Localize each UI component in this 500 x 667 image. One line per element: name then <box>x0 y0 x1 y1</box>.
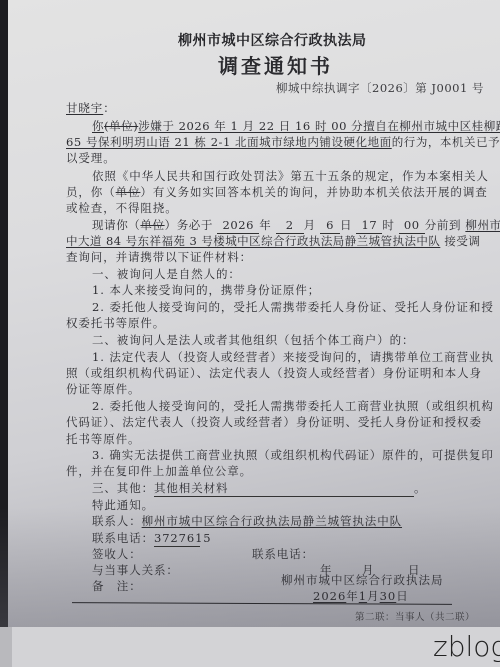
requirement-item: 件，并在复印件上加盖单位公章。 <box>66 463 252 479</box>
remarks-label: 备 注： <box>92 578 142 594</box>
para2-line1: 依照《中华人民共和国行政处罚法》第五十五条的规定，作为本案相关人 <box>92 168 489 184</box>
contact-person-value: 柳州市城中区综合行政执法局静兰城管执法中队 <box>142 514 402 528</box>
receiver-phone-label: 联系电话： <box>252 546 314 562</box>
requirement-item: 3. 确实无法提供工商营业执照（或组织机构代码证）原件的，可提供复印 <box>92 447 494 463</box>
requirement-item: 二、被询问人是法人或者其他组织（包括个体工商户）的： <box>92 332 414 348</box>
receiver-label: 签收人： <box>92 547 142 561</box>
contact-phone-line: 联系电话：3727615 <box>92 530 200 547</box>
other-materials-value: 其他相关材料 <box>154 480 414 497</box>
para3-line1: 现请你（单位）务必于 2026年 2月 6日 17时 00分前到 柳州市桂 <box>92 217 500 234</box>
alleged-location: 65 号保利明玥山语 21 栋 2-1 北面城市绿地内铺设硬化地面 <box>66 135 392 149</box>
appointment-year: 2026 <box>217 217 259 234</box>
requirement-item: 一、被询问人是自然人的： <box>92 266 241 282</box>
recipient-line: 甘晓宇： <box>66 100 116 116</box>
photo-background <box>0 627 500 667</box>
para1-line1: 你(单位)涉嫌于 2026 年 1 月 22 日 16 时 00 分擅自在柳州市… <box>92 118 500 134</box>
contact-phone-value: 3727615 <box>154 530 200 547</box>
alleged-act: 涉嫌于 2026 年 1 月 22 日 16 时 00 分擅自在柳州市城中区桂柳… <box>138 119 500 133</box>
document-number: 柳城中综执调字〔2026〕第 J0001 号 <box>276 80 484 96</box>
signature-org: 柳州市城中区综合行政执法局 <box>281 572 444 588</box>
contact-person-line: 联系人：柳州市城中区综合行政执法局静兰城管执法中队 <box>92 513 402 529</box>
para3-line3: 查询问，并请携带以下证件材料： <box>66 249 252 265</box>
struck-unit: (单位) <box>104 119 138 133</box>
requirement-item: 1. 法定代表人（投资人或经营者）来接受询问的，请携带单位工商营业执 <box>92 349 494 365</box>
investigation-notice: 柳州市城中区综合行政执法局 调查通知书 柳城中综执调字〔2026〕第 J0001… <box>0 0 500 627</box>
copy-note: 第二联：当事人（共二联） <box>355 609 475 623</box>
requirement-item: 代码证）、法定代表人（投资人或经营者）身份证明、受托人身份证和授权委 <box>66 414 482 430</box>
other-materials-line: 三、其他：其他相关材料。 <box>92 480 426 497</box>
appointment-hour: 17 <box>356 217 382 234</box>
appointment-month: 2 <box>276 217 304 234</box>
requirement-item: 1. 本人来接受询问的，携带身份证原件； <box>92 282 320 298</box>
watermark: zblog <box>433 630 500 663</box>
requirement-item: 照（或组织机构代码证）、法定代表人（投资人或经营者）身份证明和本人身 <box>66 365 482 381</box>
recipient-name: 甘晓宇 <box>66 101 103 115</box>
document-photo: 柳州市城中区综合行政执法局 调查通知书 柳城中综执调字〔2026〕第 J0001… <box>0 0 500 627</box>
requirement-item: 权委托书等原件。 <box>66 315 165 331</box>
para1-line3: 以受理。 <box>66 150 116 166</box>
para2-line2: 员，你（单位）有义务如实回答本机关的询问，并协助本机关依法开展的调查 <box>66 184 488 200</box>
requirement-item: 2. 委托他人接受询问的，受托人需携带委托人身份证、受托人身份证和授 <box>92 299 494 315</box>
background-edge <box>0 627 12 667</box>
issuer-header: 柳州市城中区综合行政执法局 <box>178 30 367 50</box>
appointment-minute: 00 <box>399 217 425 234</box>
receiver-line: 签收人： 联系电话： <box>92 546 142 562</box>
relation-label: 与当事人关系： <box>92 563 179 577</box>
requirement-item: 托书等原件。 <box>66 431 140 447</box>
signature-date: 2026年1月30日 <box>313 588 409 604</box>
appointment-place-2: 中大道 84 号东祥福苑 3 号楼城中区综合行政执法局静兰城管执法中队 <box>66 234 440 248</box>
notice-closing: 特此通知。 <box>92 497 154 513</box>
para3-line2: 中大道 84 号东祥福苑 3 号楼城中区综合行政执法局静兰城管执法中队 接受调 <box>66 233 480 249</box>
requirement-item: 份证等原件。 <box>66 381 140 397</box>
document-title: 调查通知书 <box>218 50 333 79</box>
para2-line3: 或检查，不得阻挠。 <box>66 200 178 216</box>
requirement-item: 2. 委托他人接受询问的，受托人需携带委托人工商营业执照（或组织机构 <box>92 398 494 414</box>
para1-line2: 65 号保利明玥山语 21 栋 2-1 北面城市绿地内铺设硬化地面的行为，本机关… <box>66 134 500 150</box>
appointment-place-1: 柳州市桂 <box>465 218 500 232</box>
appointment-day: 6 <box>320 217 340 234</box>
